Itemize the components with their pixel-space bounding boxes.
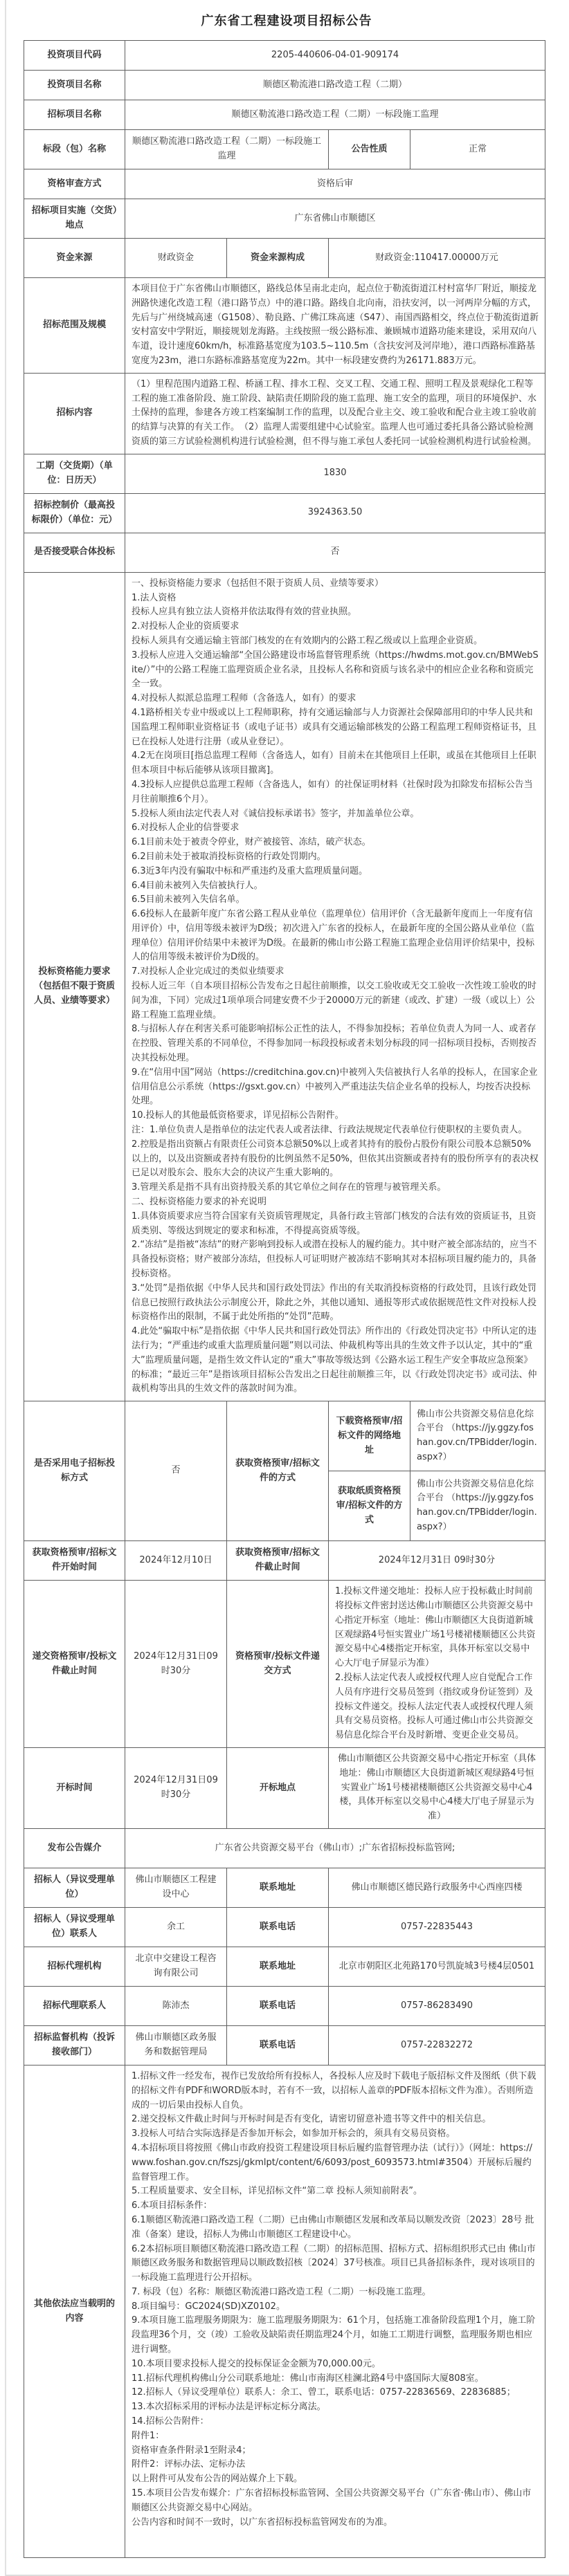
submit-deadline-value: 2024年12月31日09时30分 [125, 1581, 227, 1748]
funding-composition-value: 财政资金:110417.00000万元 [329, 239, 545, 278]
agency-phone-label: 联系电话 [227, 1986, 329, 2025]
e-bidding-label: 是否采用电子招标投标方式 [24, 1401, 125, 1541]
opening-time-label: 开标时间 [24, 1747, 125, 1828]
invest-code-label: 投资项目代码 [24, 41, 125, 71]
paper-doc-obtain-value: 佛山市公共资源交易信息化综合平台 （https://jy.ggzy.foshan… [410, 1471, 545, 1541]
consortium-value: 否 [125, 533, 545, 572]
media-value: 广东省公共资源交易平台（佛山市）;广东省招标投标监管网; [125, 1828, 545, 1868]
consortium-label: 是否接受联合体投标 [24, 533, 125, 572]
paper-doc-obtain-label: 获取纸质资格预审/招标文件的方式 [329, 1471, 410, 1541]
page-title: 广东省工程建设项目招标公告 [24, 11, 550, 29]
tenderer-phone-value: 0757-22835443 [329, 1907, 545, 1947]
tenderer-contact-value: 余工 [125, 1907, 227, 1947]
invest-code-value: 2205-440606-04-01-909174 [125, 41, 545, 71]
agency-phone-value: 0757-86283490 [329, 1986, 545, 2025]
submit-method-value: 1.投标文件递交地址：投标人应于投标截止时间前将投标文件密封送达佛山市顺德区公共… [329, 1581, 545, 1748]
opening-place-value: 佛山市顺德区公共资源交易中心指定开标室（具体地址：佛山市顺德区大良街道新城区观绿… [329, 1747, 545, 1828]
row-tender-name: 招标项目名称 顺德区勒流港口路改造工程（二期）一标段施工监理 [24, 100, 545, 130]
agency-value: 北京中交建设工程咨询有限公司 [125, 1947, 227, 1986]
qualification-method-label: 资格审查方式 [24, 169, 125, 199]
notice-nature-value: 正常 [410, 130, 545, 169]
row-other: 其他依法应当载明的内容 1.招标文件一经发布，视作已发放给所有投标人，各投标人应… [24, 2065, 545, 2558]
row-qualification-requirements: 投标资格能力要求（包括但不限于资质人员、业绩等要求） 一、投标资格能力要求（包括… [24, 572, 545, 1401]
doc-start-time-label: 获取资格预审/招标文件开始时间 [24, 1541, 125, 1581]
notice-nature-label: 公告性质 [329, 130, 410, 169]
qualification-requirements-label: 投标资格能力要求（包括但不限于资质人员、业绩等要求） [24, 572, 125, 1401]
media-label: 发布公告媒介 [24, 1828, 125, 1868]
row-supervisor: 招标监督机构（投诉接收部门） 佛山市顺德区政务服务和数据管理局 联系电话 075… [24, 2025, 545, 2065]
row-invest-code: 投资项目代码 2205-440606-04-01-909174 [24, 41, 545, 71]
doc-deadline-label: 获取资格预审/招标文件截止时间 [227, 1541, 329, 1581]
row-funding: 资金来源 财政资金 资金来源构成 财政资金:110417.00000万元 [24, 239, 545, 278]
row-scope: 招标范围及规模 本项目位于广东省佛山市顺德区，路线总体呈南北走向，起点位于勒流街… [24, 278, 545, 374]
duration-label: 工期（交货期）（单位：日历天） [24, 454, 125, 493]
announcement-panel: 广东省工程建设项目招标公告 投资项目代码 2205-440606-04-01-9… [5, 0, 569, 2576]
funding-value: 财政资金 [125, 239, 227, 278]
row-duration: 工期（交货期）（单位：日历天） 1830 [24, 454, 545, 493]
row-qualification-method: 资格审查方式 资格后审 [24, 169, 545, 199]
supervisor-phone-label: 联系电话 [227, 2025, 329, 2065]
agency-address-value: 北京市朝阳区北苑路170号凯旋城3号楼4层0501 [329, 1947, 545, 1986]
ceiling-price-value: 3924363.50 [125, 493, 545, 533]
row-doc-time: 获取资格预审/招标文件开始时间 2024年12月10日 获取资格预审/招标文件截… [24, 1541, 545, 1581]
tender-name-value: 顺德区勒流港口路改造工程（二期）一标段施工监理 [125, 100, 545, 130]
supervisor-value: 佛山市顺德区政务服务和数据管理局 [125, 2025, 227, 2065]
ceiling-price-label: 招标控制价（最高投标限价）（单位：元） [24, 493, 125, 533]
tenderer-value: 佛山市顺德区工程建设中心 [125, 1868, 227, 1907]
scope-value: 本项目位于广东省佛山市顺德区，路线总体呈南北走向，起点位于勒流街道江村村富华厂附… [125, 278, 545, 374]
content-value: （1）里程范围内道路工程、桥涵工程、排水工程、交叉工程、交通工程、照明工程及景观… [125, 373, 545, 454]
other-value: 1.招标文件一经发布，视作已发放给所有投标人，各投标人应及时下载电子版招标文件及… [125, 2065, 545, 2558]
row-invest-name: 投资项目名称 顺德区勒流港口路改造工程（二期） [24, 71, 545, 100]
agency-label: 招标代理机构 [24, 1947, 125, 1986]
tenderer-address-value: 佛山市顺德区德民路行政服务中心西座四楼 [329, 1868, 545, 1907]
row-media: 发布公告媒介 广东省公共资源交易平台（佛山市）;广东省招标投标监管网; [24, 1828, 545, 1868]
row-content: 招标内容 （1）里程范围内道路工程、桥涵工程、排水工程、交叉工程、交通工程、照明… [24, 373, 545, 454]
section-label: 标段（包）名称 [24, 130, 125, 169]
submit-method-label: 资格预审/投标文件递交方式 [227, 1581, 329, 1748]
section-value: 顺德区勒流港口路改造工程（二期）一标段施工监理 [125, 130, 329, 169]
invest-name-value: 顺德区勒流港口路改造工程（二期） [125, 71, 545, 100]
tenderer-address-label: 联系地址 [227, 1868, 329, 1907]
qualification-requirements-value: 一、投标资格能力要求（包括但不限于资质人员、业绩等要求） 1.法人资格 投标人应… [125, 572, 545, 1401]
qualification-method-value: 资格后审 [125, 169, 545, 199]
agency-contact-value: 陈沛杰 [125, 1986, 227, 2025]
doc-deadline-value: 2024年12月31日 09时30分 [329, 1541, 545, 1581]
location-value: 广东省佛山市顺德区 [125, 199, 545, 239]
row-consortium: 是否接受联合体投标 否 [24, 533, 545, 572]
row-location: 招标项目实施（交货）地点 广东省佛山市顺德区 [24, 199, 545, 239]
row-section: 标段（包）名称 顺德区勒流港口路改造工程（二期）一标段施工监理 公告性质 正常 [24, 130, 545, 169]
agency-address-label: 联系地址 [227, 1947, 329, 1986]
location-label: 招标项目实施（交货）地点 [24, 199, 125, 239]
funding-label: 资金来源 [24, 239, 125, 278]
supervisor-phone-value: 0757-22832272 [329, 2025, 545, 2065]
tenderer-phone-label: 联系电话 [227, 1907, 329, 1947]
scope-label: 招标范围及规模 [24, 278, 125, 374]
agency-contact-label: 招标代理联系人 [24, 1986, 125, 2025]
content-label: 招标内容 [24, 373, 125, 454]
e-bidding-value: 否 [125, 1401, 227, 1541]
announcement-table: 投资项目代码 2205-440606-04-01-909174 投资项目名称 顺… [24, 40, 545, 2558]
invest-name-label: 投资项目名称 [24, 71, 125, 100]
row-tenderer-contact: 招标人（异议受理单位）联系人 余工 联系电话 0757-22835443 [24, 1907, 545, 1947]
tenderer-label: 招标人（异议受理单位） [24, 1868, 125, 1907]
funding-composition-label: 资金来源构成 [227, 239, 329, 278]
row-agency-contact: 招标代理联系人 陈沛杰 联系电话 0757-86283490 [24, 1986, 545, 2025]
row-submit-deadline: 递交资格预审/投标文件截止时间 2024年12月31日09时30分 资格预审/投… [24, 1581, 545, 1748]
row-agency: 招标代理机构 北京中交建设工程咨询有限公司 联系地址 北京市朝阳区北苑路170号… [24, 1947, 545, 1986]
submit-deadline-label: 递交资格预审/投标文件截止时间 [24, 1581, 125, 1748]
supervisor-label: 招标监督机构（投诉接收部门） [24, 2025, 125, 2065]
row-opening: 开标时间 2024年12月31日09时30分 开标地点 佛山市顺德区公共资源交易… [24, 1747, 545, 1828]
doc-start-time-value: 2024年12月10日 [125, 1541, 227, 1581]
doc-download-url-label: 下载资格预审/招标文件的网络地址 [329, 1401, 410, 1471]
doc-obtain-method-label: 获取资格预审/招标文件的方式 [227, 1401, 329, 1541]
row-e-bidding: 是否采用电子招标投标方式 否 获取资格预审/招标文件的方式 下载资格预审/招标文… [24, 1401, 545, 1471]
row-tenderer: 招标人（异议受理单位） 佛山市顺德区工程建设中心 联系地址 佛山市顺德区德民路行… [24, 1868, 545, 1907]
tenderer-contact-label: 招标人（异议受理单位）联系人 [24, 1907, 125, 1947]
duration-value: 1830 [125, 454, 545, 493]
other-label: 其他依法应当载明的内容 [24, 2065, 125, 2558]
doc-download-url-value: 佛山市公共资源交易信息化综合平台 （https://jy.ggzy.foshan… [410, 1401, 545, 1471]
opening-time-value: 2024年12月31日09时30分 [125, 1747, 227, 1828]
opening-place-label: 开标地点 [227, 1747, 329, 1828]
row-ceiling-price: 招标控制价（最高投标限价）（单位：元） 3924363.50 [24, 493, 545, 533]
tender-name-label: 招标项目名称 [24, 100, 125, 130]
